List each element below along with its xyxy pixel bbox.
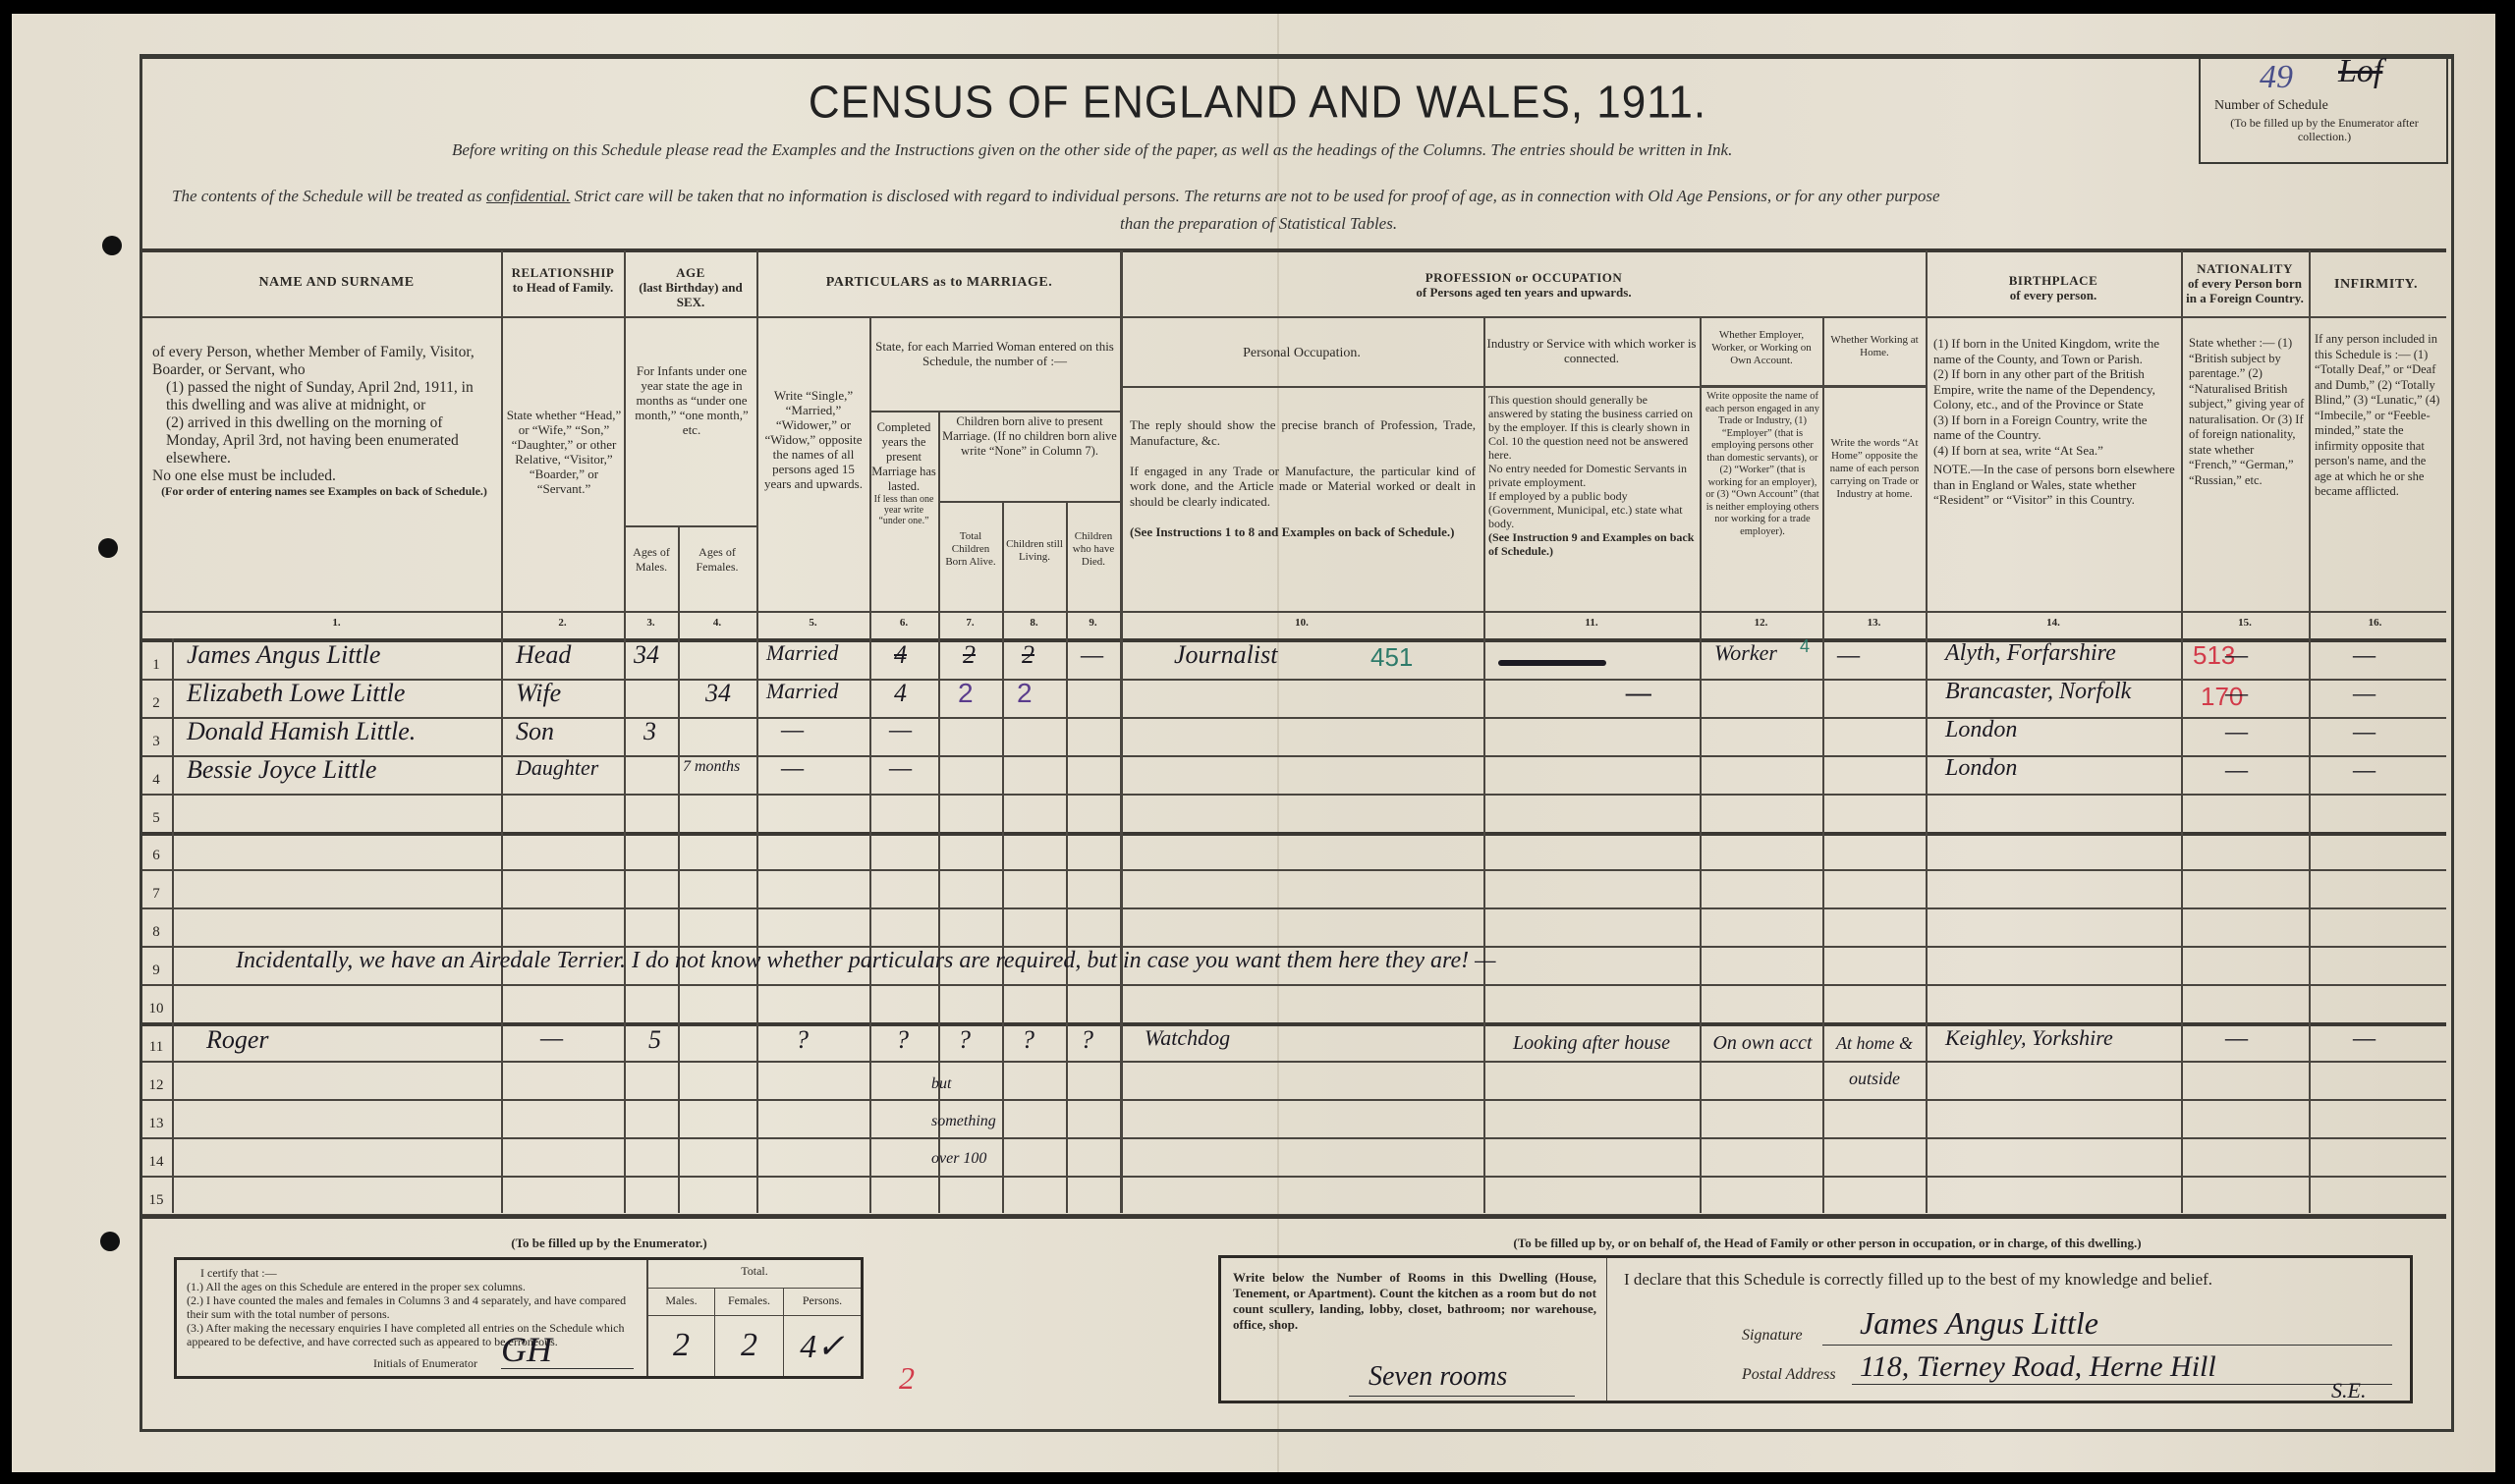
column-number: 6.	[869, 617, 938, 629]
header-infirmity-instr: If any person included in this Schedule …	[2315, 332, 2440, 500]
entry-4-birthplace: London	[1945, 755, 2017, 782]
col-divider	[678, 525, 680, 1213]
header-personal-instr: The reply should show the precise branch…	[1130, 417, 1476, 539]
dog-age: 5	[648, 1025, 661, 1055]
header-children: Children born alive to present Marriage.…	[941, 414, 1118, 459]
dog-total: ?	[958, 1025, 971, 1055]
row-rule	[142, 984, 2446, 986]
header-relationship: RELATIONSHIPto Head of Family.	[503, 265, 623, 295]
rooms-line	[1349, 1396, 1575, 1397]
males-total: 2	[648, 1327, 714, 1364]
header-employer: Whether Employer, Worker, or Working on …	[1702, 329, 1821, 367]
entry-2-birthplace: Brancaster, Norfolk	[1945, 679, 2131, 705]
row-number: 2	[143, 695, 169, 712]
entry-2-name: Elizabeth Lowe Little	[187, 679, 405, 708]
postal-address-suffix: S.E.	[2331, 1378, 2366, 1403]
row-number: 9	[143, 962, 169, 979]
header-name: NAME AND SURNAME	[172, 275, 501, 290]
entry-4-infirmity: —	[2353, 755, 2375, 785]
total-rule	[648, 1288, 861, 1289]
col-divider	[1066, 501, 1068, 1213]
age-sub-rule	[624, 525, 756, 527]
row-number: 12	[143, 1077, 169, 1094]
occupation-sub-rule	[1120, 386, 1926, 388]
postal-address-label: Postal Address	[1742, 1366, 1836, 1384]
row-rule	[142, 907, 2446, 909]
head-section-heading: (To be filled up by, or on behalf of, th…	[1228, 1236, 2427, 1250]
row-rule	[142, 1099, 2446, 1101]
row-rule	[142, 755, 2446, 757]
row-number: 4	[143, 772, 169, 789]
signature-line	[1822, 1345, 2392, 1346]
row-number: 5	[143, 810, 169, 827]
dog-occupation: Watchdog	[1145, 1025, 1230, 1051]
entry-2-nationality: —	[2225, 679, 2248, 708]
header-have-died: Children who have Died.	[1068, 530, 1119, 569]
males-label: Males.	[648, 1293, 714, 1307]
col-divider	[1700, 316, 1702, 1213]
enumerator-certification: I certify that :— (1.) All the ages on t…	[187, 1266, 639, 1348]
persons-label: Persons.	[784, 1293, 861, 1307]
rooms-instructions: Write below the Number of Rooms in this …	[1233, 1270, 1596, 1333]
row-number: 1	[143, 657, 169, 674]
binding-hole	[98, 538, 118, 558]
entry-2-marriage: Married	[766, 679, 838, 704]
dog-employer: On own acct	[1705, 1025, 1820, 1061]
header-age: AGE(last Birthday) and SEX.	[626, 265, 755, 309]
column-number: 1.	[172, 617, 501, 629]
entry-2-living: 2	[1017, 678, 1033, 709]
column-number: 10.	[1120, 617, 1483, 629]
total-rule	[648, 1315, 861, 1316]
marriage-sub-rule	[869, 411, 1120, 412]
females-total: 2	[715, 1327, 783, 1364]
entry-2-infirmity: —	[2353, 679, 2375, 708]
schedule-number: 49	[2260, 59, 2293, 96]
dog-home: At home & outside	[1825, 1025, 1924, 1096]
entry-3-infirmity: —	[2353, 717, 2375, 746]
header-industry-instr: This question should generally be answer…	[1488, 393, 1695, 558]
entry-2-industry: —	[1626, 679, 1651, 708]
header-nationality: NATIONALITYof every Person born in a For…	[2183, 261, 2307, 305]
header-rule	[142, 316, 2446, 318]
entry-3-marriage: —	[781, 715, 804, 744]
entry-3-years: —	[889, 715, 912, 744]
header-occupation: PROFESSION or OCCUPATIONof Persons aged …	[1122, 270, 1926, 300]
header-bottom-rule	[142, 611, 2446, 613]
entry-1-employer-code: 4	[1800, 636, 1810, 657]
head-divider	[1606, 1258, 1607, 1401]
column-number: 16.	[2309, 617, 2441, 629]
entry-1-industry-struck	[1498, 660, 1606, 666]
initials-label: Initials of Enumerator	[373, 1356, 477, 1370]
signature-label: Signature	[1742, 1327, 1803, 1345]
declaration: I declare that this Schedule is correctl…	[1624, 1270, 2212, 1290]
entry-1-relationship: Head	[516, 640, 571, 670]
row-number: 10	[143, 1001, 169, 1017]
row-number: 11	[143, 1039, 169, 1056]
col-divider	[1926, 250, 1928, 1213]
entry-3-name: Donald Hamish Little.	[187, 717, 416, 746]
head-section-box: Write below the Number of Rooms in this …	[1218, 1255, 2413, 1403]
entry-4-nationality: —	[2225, 755, 2248, 785]
entry-4-age-female: 7 months	[683, 758, 740, 776]
column-number: 14.	[1926, 617, 2181, 629]
schedule-number-label: Number of Schedule	[2214, 98, 2328, 114]
entry-4-marriage: —	[781, 753, 804, 783]
binding-hole	[102, 236, 122, 255]
col-divider	[624, 250, 626, 1213]
header-employer-instr: Write opposite the name of each person e…	[1704, 391, 1821, 538]
column-number: 2.	[501, 617, 624, 629]
instruction-line: Before writing on this Schedule please r…	[452, 140, 1732, 160]
dog-infirmity: —	[2353, 1023, 2375, 1053]
row-number: 7	[143, 886, 169, 903]
header-birthplace: BIRTHPLACEof every person.	[1928, 273, 2179, 302]
header-ages-males: Ages of Males.	[626, 545, 677, 575]
dog-living: ?	[1022, 1025, 1034, 1055]
entry-1-home: —	[1837, 640, 1860, 670]
entry-1-died: —	[1081, 640, 1103, 670]
entry-1-living: 2	[1022, 640, 1034, 670]
col-divider	[1120, 250, 1123, 1213]
col-divider	[1483, 316, 1485, 1213]
entry-3-nationality: —	[2225, 717, 2248, 746]
dog-total-note: but something over 100	[931, 1066, 1000, 1178]
entry-1-occupation: Journalist	[1174, 640, 1277, 670]
page-title: CENSUS OF ENGLAND AND WALES, 1911.	[0, 78, 2515, 130]
dog-birthplace: Keighley, Yorkshire	[1945, 1025, 2113, 1051]
form-frame	[140, 54, 2454, 1432]
postal-address-value: 118, Tierney Road, Herne Hill	[1860, 1350, 2216, 1384]
col-divider	[1002, 501, 1004, 1213]
row-rule	[142, 1176, 2446, 1178]
row-rule	[142, 1137, 2446, 1139]
entry-1-years: 4	[894, 640, 907, 670]
header-infirmity: INFIRMITY.	[2311, 277, 2441, 292]
header-name-instructions: of every Person, whether Member of Famil…	[152, 344, 496, 498]
entry-1-marriage: Married	[766, 640, 838, 666]
header-nationality-instr: State whether :— (1) “British subject by…	[2189, 336, 2305, 488]
confidential-line: The contents of the Schedule will be tre…	[172, 187, 1940, 206]
confidential-line-2: than the preparation of Statistical Tabl…	[1120, 214, 1397, 234]
entry-1-name: James Angus Little	[187, 640, 380, 670]
header-ages-females: Ages of Females.	[680, 545, 754, 575]
row-rule	[142, 832, 2446, 836]
row-number: 15	[143, 1192, 169, 1209]
entry-1-nationality: —	[2225, 640, 2248, 670]
row-number: 8	[143, 924, 169, 941]
entry-1-infirmity: —	[2353, 640, 2375, 670]
postal-address-line	[1852, 1384, 2392, 1385]
table-top-rule	[142, 248, 2446, 252]
dog-industry: Looking after house	[1493, 1025, 1690, 1061]
rownum-divider	[172, 638, 174, 1213]
row-rule	[142, 869, 2446, 871]
row-rule	[142, 1061, 2446, 1063]
entry-3-relationship: Son	[516, 717, 554, 746]
column-number: 11.	[1483, 617, 1700, 629]
header-total-born: Total Children Born Alive.	[940, 530, 1001, 569]
row-rule	[142, 794, 2446, 796]
enumerator-box: I certify that :— (1.) All the ages on t…	[174, 1257, 864, 1379]
entry-4-years: —	[889, 753, 912, 783]
header-still-living: Children still Living.	[1004, 538, 1065, 564]
persons-total: 4✓	[784, 1327, 861, 1366]
header-personal-occupation: Personal Occupation.	[1122, 346, 1481, 360]
entry-2-relationship: Wife	[516, 679, 561, 708]
binding-hole	[100, 1232, 120, 1251]
column-number: 8.	[1002, 617, 1066, 629]
column-number: 7.	[938, 617, 1002, 629]
confidential-word: confidential.	[486, 187, 570, 205]
col-divider	[756, 250, 758, 1213]
schedule-number-note: (To be filled up by the Enumerator after…	[2207, 116, 2442, 143]
header-marriage-write: Write “Single,” “Married,” “Widower,” or…	[760, 388, 866, 491]
dog-marriage: ?	[796, 1025, 809, 1055]
header-completed-years: Completed years the present Marriage has…	[871, 420, 936, 526]
header-marriage-state: State, for each Married Woman entered on…	[874, 339, 1115, 368]
header-birthplace-instr: (1) If born in the United Kingdom, write…	[1933, 336, 2177, 508]
row-number: 6	[143, 848, 169, 864]
red-mark: 2	[899, 1360, 915, 1397]
row-number: 14	[143, 1154, 169, 1171]
remark-airedale: Incidentally, we have an Airedale Terrie…	[236, 948, 2299, 974]
column-number: 4.	[678, 617, 756, 629]
dog-relationship: —	[540, 1023, 563, 1053]
header-marriage: PARTICULARS as to MARRIAGE.	[758, 275, 1120, 290]
column-number: 15.	[2181, 617, 2309, 629]
header-home-instr: Write the words “At Home” opposite the n…	[1827, 437, 1922, 501]
row-number: 13	[143, 1116, 169, 1132]
column-number: 9.	[1066, 617, 1120, 629]
signature-value: James Angus Little	[1860, 1305, 2098, 1342]
entry-3-age-male: 3	[643, 717, 656, 746]
header-home: Whether Working at Home.	[1824, 334, 1925, 359]
column-number: 3.	[624, 617, 678, 629]
header-industry: Industry or Service with which worker is…	[1485, 336, 1698, 365]
entry-2-total: 2	[958, 678, 974, 709]
col-divider	[2309, 250, 2311, 1213]
entry-3-birthplace: London	[1945, 717, 2017, 743]
entry-1-birthplace: Alyth, Forfarshire	[1945, 640, 2116, 667]
entry-1-occupation-code: 451	[1370, 642, 1413, 673]
schedule-number-box: 49 Lof Number of Schedule (To be filled …	[2199, 57, 2448, 164]
entry-4-relationship: Daughter	[516, 755, 598, 781]
table-bottom-rule	[142, 1215, 2446, 1219]
column-number: 5.	[756, 617, 869, 629]
column-number: 12.	[1700, 617, 1822, 629]
col-divider	[2181, 250, 2183, 1213]
column-number: 13.	[1822, 617, 1926, 629]
entry-1-age-male: 34	[634, 640, 659, 670]
col-divider	[1822, 316, 1824, 1213]
entry-2-years: 4	[894, 679, 907, 708]
total-label: Total.	[648, 1264, 861, 1278]
row-number: 3	[143, 734, 169, 750]
enumerator-heading: (To be filled up by the Enumerator.)	[177, 1236, 1041, 1250]
col-divider	[501, 250, 503, 1213]
children-sub-rule	[938, 501, 1120, 503]
rooms-count: Seven rooms	[1369, 1361, 1507, 1393]
initials-value: GH	[501, 1329, 552, 1370]
entry-2-age-female: 34	[705, 679, 731, 708]
entry-1-total: 2	[963, 640, 976, 670]
struck-schedule-number: Lof	[2338, 53, 2382, 90]
row-rule	[142, 717, 2446, 719]
entry-4-name: Bessie Joyce Little	[187, 755, 376, 785]
header-relationship-instr: State whether “Head,” or “Wife,” “Son,” …	[506, 408, 622, 496]
dog-years: ?	[896, 1025, 909, 1055]
dog-died: ?	[1081, 1025, 1093, 1055]
dog-name: Roger	[206, 1025, 269, 1055]
females-label: Females.	[715, 1293, 783, 1307]
header-age-instr: For Infants under one year state the age…	[629, 363, 754, 437]
entry-1-employer: Worker	[1714, 640, 1777, 666]
dog-nationality: —	[2225, 1023, 2248, 1053]
